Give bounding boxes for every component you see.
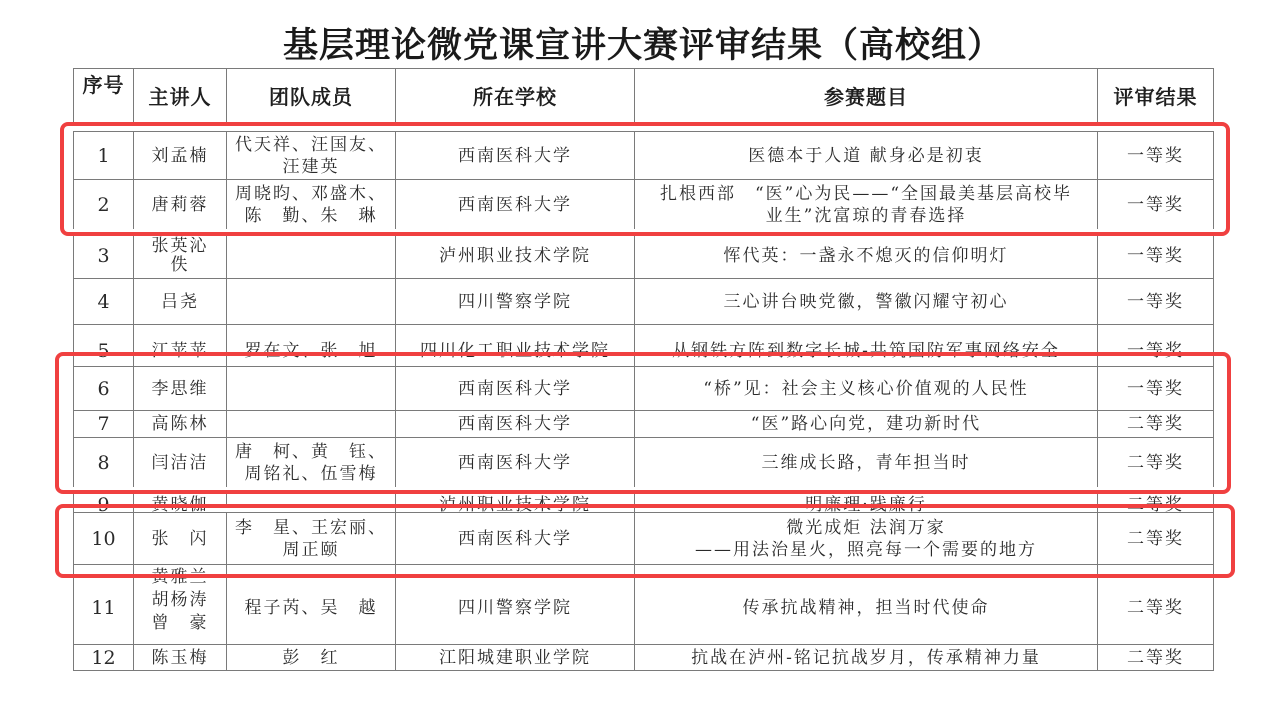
topic-cell: “医”路心向党，建功新时代	[634, 411, 1097, 437]
table-row: 10 张 闪 李 星、王宏丽、 周正颐 西南医科大学 微光成炬 法润万家 ——用…	[73, 512, 1214, 564]
result-cell: 二等奖	[1097, 513, 1214, 564]
topic-cell: 传承抗战精神，担当时代使命	[634, 572, 1097, 644]
school-cell: 泸州职业技术学院	[395, 233, 634, 278]
speaker-cell: 高陈林	[133, 411, 226, 437]
seq-cell: 11	[73, 572, 133, 644]
result-cell: 二等奖	[1097, 438, 1214, 487]
team-cell	[226, 279, 395, 324]
empty-cell	[1097, 565, 1214, 572]
result-cell: 二等奖	[1097, 572, 1214, 644]
team-cell: 李 星、王宏丽、 周正颐	[226, 513, 395, 564]
school-cell: 四川警察学院	[395, 572, 634, 644]
table-row: 12 陈玉梅 彭 红 江阳城建职业学院 抗战在泸州-铭记抗战岁月，传承精神力量 …	[73, 644, 1214, 671]
empty-cell	[634, 355, 1097, 366]
speaker-cell: 张英沁 佚	[133, 233, 226, 278]
seq-cell: 4	[73, 279, 133, 324]
header-team: 团队成员	[226, 69, 395, 124]
team-cell: 周晓昀、邓盛木、 陈 勤、朱 琳	[226, 180, 395, 229]
header-school: 所在学校	[395, 69, 634, 124]
table-header: 序号 主讲人 团队成员 所在学校 参赛题目 评审结果	[73, 68, 1214, 124]
speaker-cell: 唐莉蓉	[133, 180, 226, 229]
table-row: 3 张英沁 佚 泸州职业技术学院 恽代英：一盏永不熄灭的信仰明灯 一等奖	[73, 232, 1214, 278]
empty-cell	[133, 355, 226, 366]
seq-cell: 2	[73, 180, 133, 229]
empty-cell	[73, 565, 133, 572]
team-cell	[226, 491, 395, 504]
page-title: 基层理论微党课宣讲大赛评审结果（高校组）	[0, 18, 1286, 68]
result-cell: 一等奖	[1097, 367, 1214, 410]
seq-cell: 1	[73, 132, 133, 179]
seq-cell: 10	[73, 513, 133, 564]
table-row: 8 闫洁洁 唐 柯、黄 钰、 周铭礼、伍雪梅 西南医科大学 三维成长路，青年担当…	[73, 437, 1214, 487]
topic-cell: 医德本于人道 献身必是初衷	[634, 132, 1097, 179]
speaker-cell: 吕尧	[133, 279, 226, 324]
speaker-cell: 张 闪	[133, 513, 226, 564]
topic-cell: 三维成长路，青年担当时	[634, 438, 1097, 487]
seq-cell: 7	[73, 411, 133, 437]
empty-cell	[395, 355, 634, 366]
team-cell: 代天祥、汪国友、 汪建英	[226, 132, 395, 179]
empty-cell	[226, 565, 395, 572]
topic-cell: 抗战在泸州-铭记抗战岁月，传承精神力量	[634, 645, 1097, 670]
table-row: 6 李思维 西南医科大学 “桥”见：社会主义核心价值观的人民性 一等奖	[73, 366, 1214, 410]
empty-cell	[634, 565, 1097, 572]
seq-cell: 6	[73, 367, 133, 410]
table-row: 11 黄雅兰 胡杨涛 曾 豪 程子芮、吴 越 四川警察学院 传承抗战精神，担当时…	[73, 572, 1214, 644]
header-speaker: 主讲人	[133, 69, 226, 124]
table-row: 2 唐莉蓉 周晓昀、邓盛木、 陈 勤、朱 琳 西南医科大学 扎根西部 “医”心为…	[73, 179, 1214, 229]
table-row-spacer	[73, 354, 1214, 366]
header-topic: 参赛题目	[634, 69, 1097, 124]
empty-cell	[226, 355, 395, 366]
result-cell: 一等奖	[1097, 132, 1214, 179]
table-row: 9 黄晓伽 泸州职业技术学院 明廉理·践廉行 二等奖	[73, 490, 1214, 504]
topic-cell: 扎根西部 “医”心为民——“全国最美基层高校毕 业生”沈富琼的青春选择	[634, 180, 1097, 229]
team-cell	[226, 367, 395, 410]
header-result: 评审结果	[1097, 69, 1214, 124]
table-row: 4 吕尧 四川警察学院 三心讲台映党徽，警徽闪耀守初心 一等奖	[73, 278, 1214, 324]
school-cell: 西南医科大学	[395, 180, 634, 229]
empty-cell	[395, 565, 634, 572]
result-cell: 二等奖	[1097, 411, 1214, 437]
seq-cell: 8	[73, 438, 133, 487]
topic-cell: 恽代英：一盏永不熄灭的信仰明灯	[634, 233, 1097, 278]
result-cell: 二等奖	[1097, 645, 1214, 670]
empty-cell	[1097, 355, 1214, 366]
team-cell: 唐 柯、黄 钰、 周铭礼、伍雪梅	[226, 438, 395, 487]
header-seq: 序号	[73, 69, 133, 124]
table-row: 5 江苹苹 罗在文、张 旭 四川化工职业技术学院 从钢铁方阵到数字长城-共筑国防…	[73, 324, 1214, 354]
school-cell: 江阳城建职业学院	[395, 645, 634, 670]
table-row-spacer	[73, 564, 1214, 572]
topic-cell: 三心讲台映党徽，警徽闪耀守初心	[634, 279, 1097, 324]
school-cell: 西南医科大学	[395, 411, 634, 437]
team-cell	[226, 233, 395, 278]
seq-cell: 12	[73, 645, 133, 670]
speaker-cell: 李思维	[133, 367, 226, 410]
result-cell: 一等奖	[1097, 180, 1214, 229]
table-row: 1 刘孟楠 代天祥、汪国友、 汪建英 西南医科大学 医德本于人道 献身必是初衷 …	[73, 131, 1214, 179]
seq-cell: 3	[73, 233, 133, 278]
result-cell: 一等奖	[1097, 279, 1214, 324]
empty-cell	[73, 355, 133, 366]
team-cell: 程子芮、吴 越	[226, 572, 395, 644]
speaker-cell: 闫洁洁	[133, 438, 226, 487]
school-cell: 西南医科大学	[395, 367, 634, 410]
speaker-cell: 黄雅兰 胡杨涛 曾 豪	[133, 566, 226, 644]
school-cell: 四川警察学院	[395, 279, 634, 324]
result-cell: 一等奖	[1097, 233, 1214, 278]
table-row: 7 高陈林 西南医科大学 “医”路心向党，建功新时代 二等奖	[73, 410, 1214, 437]
topic-cell: “桥”见：社会主义核心价值观的人民性	[634, 367, 1097, 410]
team-cell: 彭 红	[226, 645, 395, 670]
topic-cell: 微光成炬 法润万家 ——用法治星火，照亮每一个需要的地方	[634, 513, 1097, 564]
school-cell: 西南医科大学	[395, 438, 634, 487]
speaker-cell: 陈玉梅	[133, 645, 226, 670]
school-cell: 西南医科大学	[395, 132, 634, 179]
school-cell: 西南医科大学	[395, 513, 634, 564]
speaker-cell: 刘孟楠	[133, 132, 226, 179]
team-cell	[226, 411, 395, 437]
